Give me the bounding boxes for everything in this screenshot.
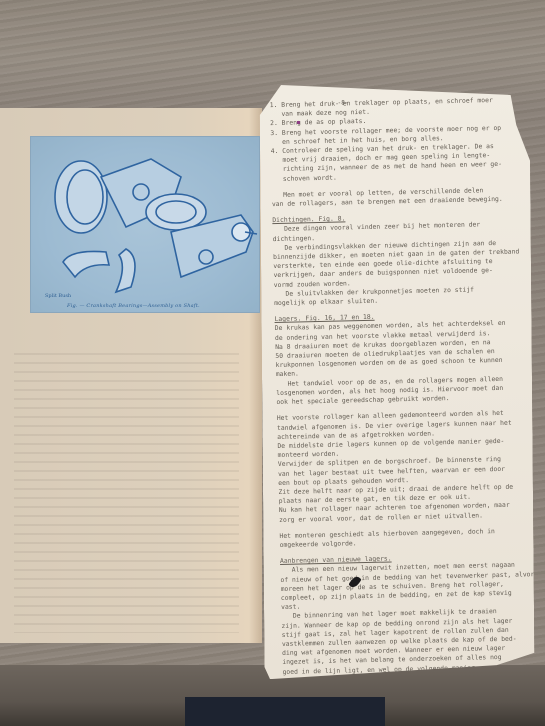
figure-caption: Fig. — Crankshaft Bearings—Assembly on S…	[67, 303, 200, 309]
right-page: -8- 1. Breng het druk- en treklager op p…	[259, 77, 534, 679]
bearing-illustration: Split Bush Fig. — Crankshaft Bearings—As…	[30, 136, 260, 313]
ink-dot	[297, 121, 300, 124]
figure-label: Split Bush	[45, 293, 71, 299]
typewritten-text: 1. Breng het druk- en treklager op plaat…	[270, 95, 535, 676]
crankshaft-bearing-drawing-icon	[31, 137, 259, 312]
bleed-through-text	[14, 353, 239, 633]
under-table-shadow	[185, 697, 385, 726]
left-page: Split Bush Fig. — Crankshaft Bearings—As…	[0, 108, 262, 643]
